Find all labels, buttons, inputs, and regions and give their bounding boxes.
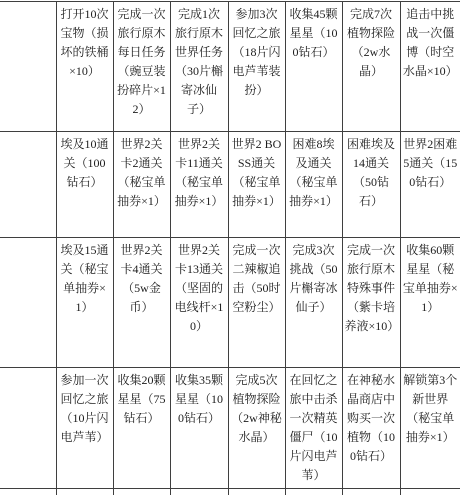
task-cell [400, 489, 460, 495]
task-cell [170, 489, 228, 495]
task-cell: 完成1次旅行原木世界任务（30片槲寄冰仙子） [170, 2, 228, 132]
task-cell: 世界2 BOSS通关（秘宝单抽券×1） [228, 132, 285, 238]
task-cell: 困难8埃及通关（秘宝单抽券×1） [285, 132, 342, 238]
task-cell: 完成一次旅行原木特殊事件（紫卡培养液×10） [342, 238, 400, 368]
task-cell: 收集20颗星星（75钻石） [113, 368, 170, 489]
task-cell [113, 489, 170, 495]
table-row-partial [0, 489, 460, 495]
task-cell: 世界2关卡4通关（5w金币） [113, 238, 170, 368]
task-cell: 完成5次植物探险（2w神秘水晶） [228, 368, 285, 489]
reward-task-table: 打开10次宝物（损坏的铁桶×10） 完成一次旅行原木每日任务（豌豆装扮碎片×12… [0, 1, 460, 495]
task-cell: 埃及15通关（秘宝单抽券×1） [56, 238, 113, 368]
table-row: 参加一次回忆之旅（10片闪电芦苇） 收集20颗星星（75钻石） 收集35颗星星（… [0, 368, 460, 489]
task-cell: 收集45颗星星（100钻石） [285, 2, 342, 132]
task-cell: 追击中挑战一次僵博（时空水晶×10） [400, 2, 460, 132]
row-label-cell [0, 2, 56, 132]
table-row: 埃及10通关（100钻石） 世界2关卡2通关（秘宝单抽券×1） 世界2关卡11通… [0, 132, 460, 238]
task-cell: 在回忆之旅中击杀一次精英僵尸（10片闪电芦苇） [285, 368, 342, 489]
task-cell: 收集60颗星星（秘宝单抽券×1） [400, 238, 460, 368]
task-cell [228, 489, 285, 495]
task-cell: 世界2关卡2通关（秘宝单抽券×1） [113, 132, 170, 238]
task-cell: 参加3次回忆之旅（18片闪电芦苇装扮） [228, 2, 285, 132]
task-cell [285, 489, 342, 495]
row-label-cell [0, 238, 56, 368]
row-label-cell [0, 368, 56, 489]
table-row: 打开10次宝物（损坏的铁桶×10） 完成一次旅行原木每日任务（豌豆装扮碎片×12… [0, 2, 460, 132]
task-cell: 收集35颗星星（100钻石） [170, 368, 228, 489]
task-cell: 困难埃及14通关（50钻石） [342, 132, 400, 238]
task-cell [342, 489, 400, 495]
task-cell: 参加一次回忆之旅（10片闪电芦苇） [56, 368, 113, 489]
task-cell: 在神秘水晶商店中购买一次植物（100钻石） [342, 368, 400, 489]
task-cell: 完成一次旅行原木每日任务（豌豆装扮碎片×12） [113, 2, 170, 132]
task-cell: 打开10次宝物（损坏的铁桶×10） [56, 2, 113, 132]
task-cell [56, 489, 113, 495]
task-cell: 完成一次二辣椒追击（50时空粉尘） [228, 238, 285, 368]
task-cell: 完成3次挑战（50片槲寄冰仙子） [285, 238, 342, 368]
task-cell: 世界2关卡11通关（秘宝单抽券×1） [170, 132, 228, 238]
row-label-cell [0, 132, 56, 238]
table-row: 埃及15通关（秘宝单抽券×1） 世界2关卡4通关（5w金币） 世界2关卡13通关… [0, 238, 460, 368]
task-cell: 世界2关卡13通关（坚固的电线杆×10） [170, 238, 228, 368]
task-cell: 埃及10通关（100钻石） [56, 132, 113, 238]
task-cell: 解锁第3个新世界（秘宝单抽券×1） [400, 368, 460, 489]
row-label-cell [0, 489, 56, 495]
task-cell: 世界2困难5通关（150钻石） [400, 132, 460, 238]
task-cell: 完成7次植物探险（2w水晶） [342, 2, 400, 132]
